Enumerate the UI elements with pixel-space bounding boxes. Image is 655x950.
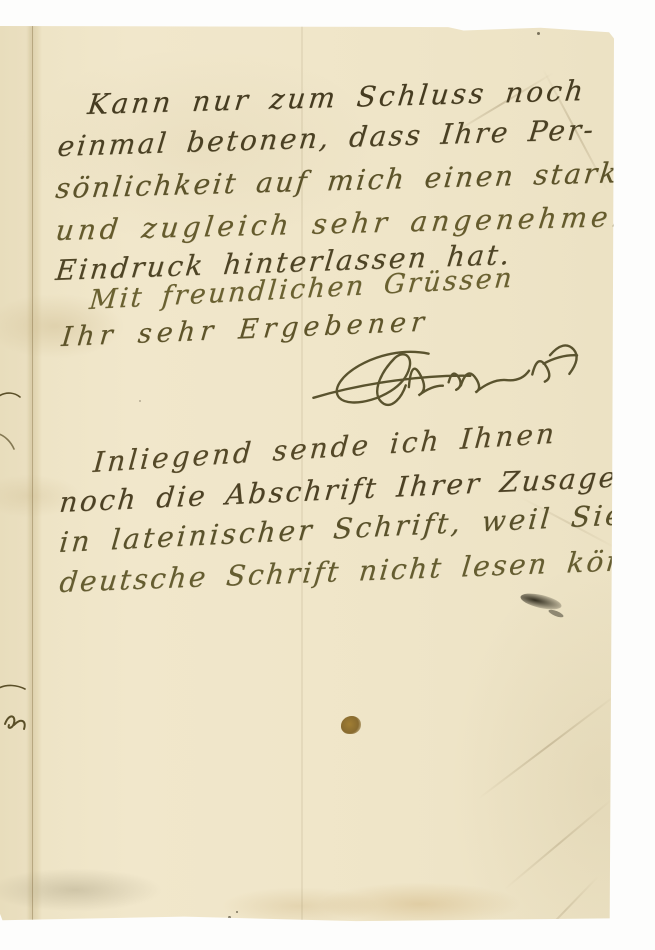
crease-bottom-right	[477, 693, 618, 800]
handwritten-line-1: Kann nur zum Schluss noch	[86, 74, 588, 121]
letter-page: Kann nur zum Schluss noch einmal betonen…	[0, 26, 614, 922]
crease-bottom-right-3	[531, 876, 598, 946]
handwritten-line-2: einmal betonen, dass Ihre Per-	[56, 113, 597, 163]
fold-crease-left	[32, 26, 33, 922]
marginal-ink-marks	[0, 384, 31, 754]
brown-stain-spot	[341, 716, 361, 734]
ink-smudge	[519, 590, 563, 612]
ink-smudge-small	[548, 608, 565, 619]
handwritten-line-3: sönlichkeit auf mich einen starken	[54, 155, 655, 205]
handwritten-line-4: und zugleich sehr angenehmen	[54, 200, 636, 247]
dust-speck	[351, 7, 354, 10]
dust-speck	[537, 32, 540, 35]
dust-speck	[139, 400, 141, 402]
dust-speck	[228, 916, 231, 919]
dust-speck	[236, 911, 238, 913]
